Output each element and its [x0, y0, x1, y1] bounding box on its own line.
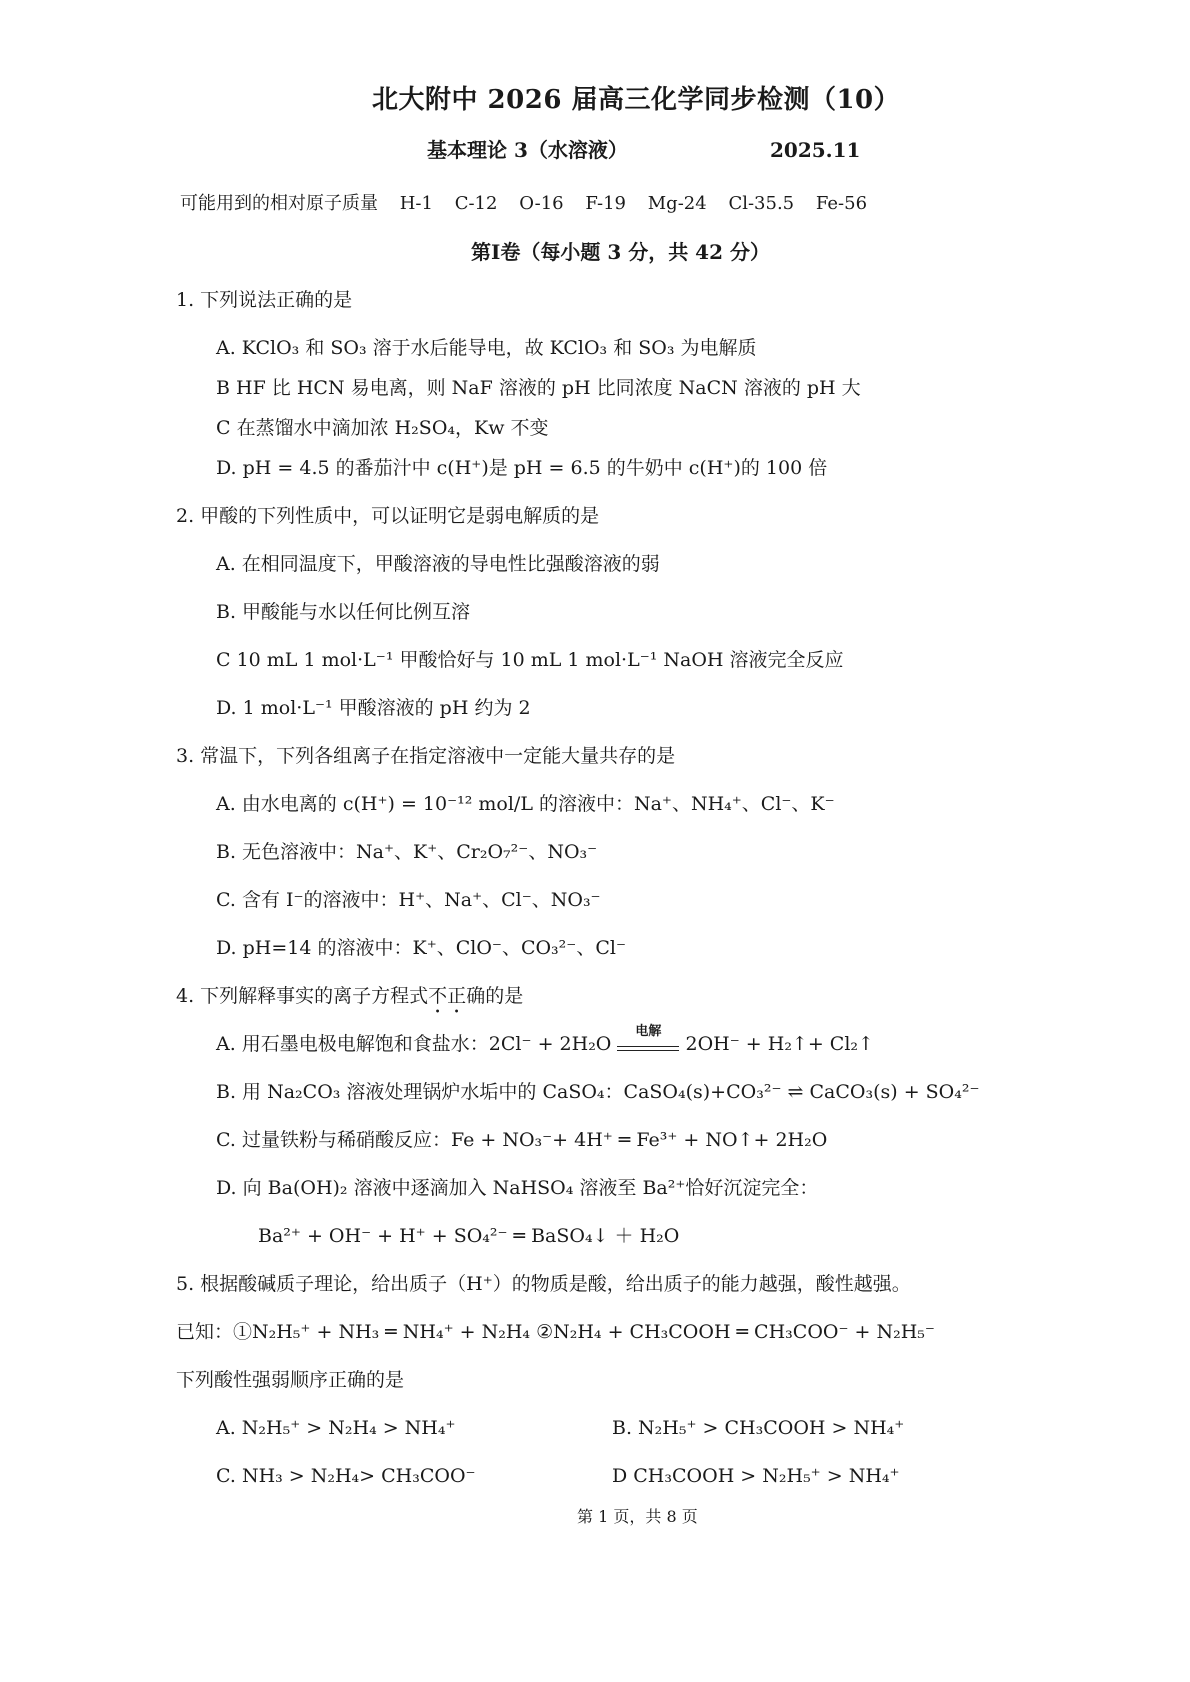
question-3-option-d: D. pH=14 的溶液中：K⁺、ClO⁻、CO₃²⁻、Cl⁻: [216, 936, 626, 960]
question-2-stem: 2. 甲酸的下列性质中，可以证明它是弱电解质的是: [176, 504, 599, 528]
question-2-option-d: D. 1 mol·L⁻¹ 甲酸溶液的 pH 约为 2: [216, 696, 531, 720]
exam-title: 北大附中 2026 届高三化学同步检测（10）: [372, 88, 900, 112]
question-5-prompt: 下列酸性强弱顺序正确的是: [176, 1368, 404, 1392]
question-4-stem-emphasis: 不正: [428, 985, 466, 1007]
question-1-option-a: A. KClO₃ 和 SO₃ 溶于水后能导电，故 KClO₃ 和 SO₃ 为电解…: [216, 336, 756, 360]
mass-cl: Cl-35.5: [728, 193, 794, 214]
question-1-option-d: D. pH = 4.5 的番茄汁中 c(H⁺)是 pH = 6.5 的牛奶中 c…: [216, 456, 827, 480]
mass-fe: Fe-56: [816, 193, 867, 214]
mass-c: C-12: [455, 193, 498, 214]
question-4-stem-post: 确的是: [466, 985, 523, 1007]
mass-f: F-19: [585, 193, 626, 214]
atomic-masses-label: 可能用到的相对原子质量: [180, 193, 378, 214]
exam-date: 2025.11: [770, 138, 860, 162]
electrolysis-label: 电解: [617, 1020, 679, 1044]
mass-h: H-1: [400, 193, 433, 214]
question-1-option-c: C 在蒸馏水中滴加浓 H₂SO₄，Kw 不变: [216, 416, 549, 440]
question-5-option-d: D CH₃COOH > N₂H₅⁺ > NH₄⁺: [612, 1464, 900, 1488]
question-4-option-a: A. 用石墨电极电解饱和食盐水：2Cl⁻ + 2H₂O 电解 2OH⁻ + H₂…: [216, 1032, 874, 1056]
question-3-option-b: B. 无色溶液中：Na⁺、K⁺、Cr₂O₇²⁻、NO₃⁻: [216, 840, 597, 864]
question-4-option-d-equation: Ba²⁺ + OH⁻ + H⁺ + SO₄²⁻ ═ BaSO₄↓ ＋ H₂O: [258, 1224, 679, 1248]
question-4-stem: 4. 下列解释事实的离子方程式不正确的是: [176, 984, 523, 1018]
question-4-option-b: B. 用 Na₂CO₃ 溶液处理锅炉水垢中的 CaSO₄：CaSO₄(s)+CO…: [216, 1080, 980, 1104]
page-footer: 第 1 页，共 8 页: [577, 1505, 698, 1529]
equals-bar-icon: [617, 1046, 679, 1051]
mass-mg: Mg-24: [648, 193, 707, 214]
question-5-known: 已知：①N₂H₅⁺ + NH₃ ═ NH₄⁺ + N₂H₄ ②N₂H₄ + CH…: [176, 1320, 935, 1344]
question-5-option-c: C. NH₃ > N₂H₄> CH₃COO⁻: [216, 1464, 476, 1488]
section-heading: 第Ⅰ卷（每小题 3 分，共 42 分）: [471, 240, 770, 264]
question-4-option-d: D. 向 Ba(OH)₂ 溶液中逐滴加入 NaHSO₄ 溶液至 Ba²⁺恰好沉淀…: [216, 1176, 818, 1200]
question-1-stem: 1. 下列说法正确的是: [176, 288, 352, 312]
atomic-masses: 可能用到的相对原子质量 H-1 C-12 O-16 F-19 Mg-24 Cl-…: [180, 192, 867, 216]
question-4-option-a-text: A. 用石墨电极电解饱和食盐水：2Cl⁻ + 2H₂O: [216, 1033, 611, 1055]
question-4-stem-pre: 4. 下列解释事实的离子方程式: [176, 985, 428, 1007]
question-3-option-c: C. 含有 I⁻的溶液中：H⁺、Na⁺、Cl⁻、NO₃⁻: [216, 888, 601, 912]
question-2-option-a: A. 在相同温度下，甲酸溶液的导电性比强酸溶液的弱: [216, 552, 660, 576]
question-3-option-a: A. 由水电离的 c(H⁺) = 10⁻¹² mol/L 的溶液中：Na⁺、NH…: [216, 792, 835, 816]
mass-o: O-16: [519, 193, 563, 214]
exam-subtitle: 基本理论 3（水溶液）: [427, 138, 628, 162]
question-2-option-b: B. 甲酸能与水以任何比例互溶: [216, 600, 470, 624]
question-1-option-b: B HF 比 HCN 易电离，则 NaF 溶液的 pH 比同浓度 NaCN 溶液…: [216, 376, 861, 400]
question-5-option-a: A. N₂H₅⁺ > N₂H₄ > NH₄⁺: [216, 1416, 456, 1440]
question-4-option-c: C. 过量铁粉与稀硝酸反应：Fe + NO₃⁻+ 4H⁺ ═ Fe³⁺ + NO…: [216, 1128, 827, 1152]
question-4-option-a-products: 2OH⁻ + H₂↑+ Cl₂↑: [685, 1033, 873, 1055]
electrolysis-arrow: 电解: [617, 1040, 679, 1051]
question-5-stem: 5. 根据酸碱质子理论，给出质子（H⁺）的物质是酸，给出质子的能力越强，酸性越强…: [176, 1272, 911, 1296]
question-2-option-c: C 10 mL 1 mol·L⁻¹ 甲酸恰好与 10 mL 1 mol·L⁻¹ …: [216, 648, 844, 672]
question-5-option-b: B. N₂H₅⁺ > CH₃COOH > NH₄⁺: [612, 1416, 904, 1440]
question-3-stem: 3. 常温下，下列各组离子在指定溶液中一定能大量共存的是: [176, 744, 675, 768]
